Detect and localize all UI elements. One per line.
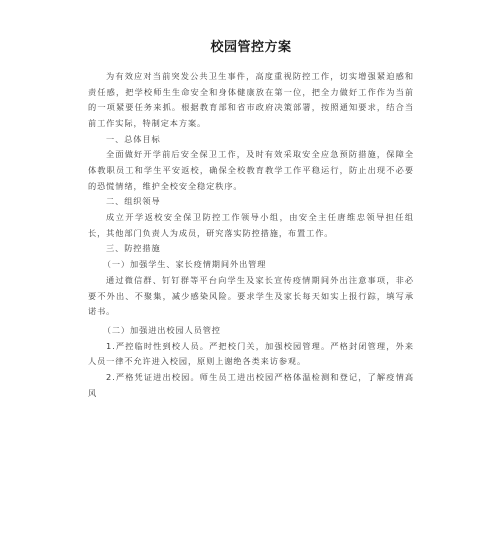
campus-access-item-1: 1.严控临时性到校人员。严把校门关，加强校园管理。严格封闭管理，外来人员一律不允…	[88, 339, 414, 370]
overall-goal-paragraph: 全面做好开学前后安全保卫工作，及时有效采取安全应急预防措施，保障全体教职员工和学…	[88, 147, 414, 194]
student-parent-paragraph: 通过微信群、钉钉群等平台向学生及家长宣传疫情期间外出注意事项，非必要不外出、不聚…	[88, 273, 414, 320]
section-heading-overall-goal: 一、总体目标	[88, 132, 414, 148]
document-title: 校园管控方案	[88, 36, 414, 55]
subsection-heading-campus-access: （二）加强进出校园人员管控	[88, 323, 414, 339]
section-heading-organization: 二、组织领导	[88, 194, 414, 210]
section-heading-measures: 三、防控措施	[88, 241, 414, 257]
campus-access-item-2: 2.严格凭证进出校园。师生员工进出校园严格体温检测和登记，了解疫情高风	[88, 370, 414, 401]
subsection-heading-student-parent: （一）加强学生、家长疫情期间外出管理	[88, 257, 414, 273]
intro-paragraph: 为有效应对当前突发公共卫生事件，高度重视防控工作，切实增强紧迫感和责任感，把学校…	[88, 69, 414, 131]
document-body: 为有效应对当前突发公共卫生事件，高度重视防控工作，切实增强紧迫感和责任感，把学校…	[88, 69, 414, 402]
organization-paragraph: 成立开学返校安全保卫防控工作领导小组，由安全主任唐维忠领导担任组长，其他部门负责…	[88, 210, 414, 241]
